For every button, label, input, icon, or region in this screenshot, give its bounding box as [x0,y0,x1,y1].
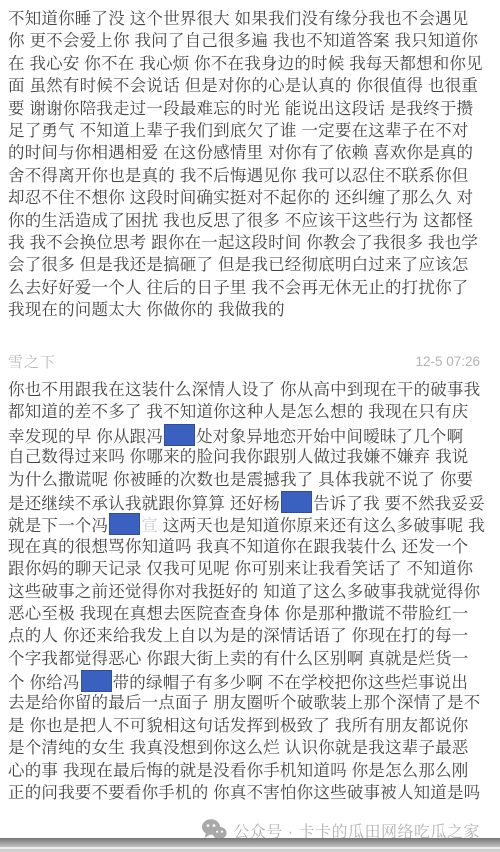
text-segment: 为什么撒谎呢 你被睡的次数也是震撼我了 具体我就不说了 你要 [8,471,473,489]
text-line: 是个清纯的女生 我真没想到你这么烂 认识你就是我这辈子最恶 [8,737,494,759]
text-line: 个 你给冯带的绿帽子有多少啊 不在学校把你这些烂事说出 [8,670,494,692]
edge-gradient [0,838,500,847]
text-line: 心的事 我现在最后悔的就是没看你手机知道吗 你是怎么那么刚 [8,760,494,782]
text-segment: 这些破事之前还觉得你对我挺好的 知道了这么多破事我就觉得你 [8,583,480,601]
text-line: 你 更不会爱上你 我问了自己很多遍 我也不知道答案 我只知道你 [8,30,494,52]
text-segment: 是个清纯的女生 我真没想到你这么烂 认识你就是我这辈子最恶 [8,739,468,757]
censor-redaction [109,513,140,535]
text-line: 去是给你留的最后一点面子 朋友圈听个破歌装上那个深情了是不 [8,692,494,714]
text-segment: 跟你妈的聊天记录 仅我可见呢 你可别来让我看笑话了 不知道你 [8,560,473,578]
text-segment: 处对象异地恋开始中间暧昧了几个啊 [196,428,463,446]
text-line: 要 谢谢你陪我走过一段最难忘的时光 能说出这段话 是我终于攒 [8,98,494,120]
censor-redaction [81,670,112,692]
text-line: 面 虽然有时候不会说话 但是对你的心是认真的 你很值得 也很重 [8,75,494,97]
censor-redaction [281,491,312,513]
text-segment: 告诉了我 要不然我妥妥 [313,495,485,513]
text-line: 为什么撒谎呢 你被睡的次数也是震撼我了 具体我就不说了 你要 [8,469,494,491]
text-segment: 都知道的差不多了 我不知道你这种人是怎么想的 我现在只有庆 [8,403,468,421]
text-line: 幸发现的早 你从跟冯处对象异地恋开始中间暧昧了几个啊 [8,424,494,446]
author-name[interactable]: 雪之下 [8,351,56,372]
post-timestamp: 12-5 07:26 [415,354,480,369]
text-segment: 自己数得过来吗 你哪来的脸问我你跟别人做过我嫌不嫌弃 我说 [8,448,468,466]
text-segment: 点的人 你还来给我发上自以为是的深情话语了 你现在打的每一 [8,627,468,645]
text-segment: 现在真的很想骂你知道吗 我真不知道你在跟我装什么 还发一个 [8,538,468,556]
text-segment: 去是给你留的最后一点面子 朋友圈听个破歌装上那个深情了是不 [8,694,480,712]
text-segment: 幸发现的早 你从跟冯 [8,428,163,446]
text-line: 是还继续不承认我就跟你算算 还好杨告诉了我 要不然我妥妥 [8,491,494,513]
text-line: 我 我不会换位思考 跟你在一起这段时间 你教会了我很多 我也学 [8,232,494,254]
text-line: 正的问我要不要看你手机的 你真不害怕你这些破事被人知道是吗 [8,782,494,804]
text-segment: 这两天也是知道你原来还有这么多破事呢 我 [158,517,485,535]
text-line: 我现在的问题太大 你做你的 我做我的 [8,299,494,321]
partially-covered-char: 宣 [141,517,158,535]
text-line: 个字我都觉得恶心 你跟大街上卖的有什么区别啊 真就是烂货一 [8,648,494,670]
letter-paragraph: 不知道你睡了没 这个世界很大 如果我们没有缘分我也不会遇见你 更不会爱上你 我问… [8,8,494,321]
text-segment: 就是下一个冯 [8,517,108,535]
text-line: 不知道你睡了没 这个世界很大 如果我们没有缘分我也不会遇见 [8,8,494,30]
text-line: 点的人 你还来给我发上自以为是的深情话语了 你现在打的每一 [8,625,494,647]
text-segment: 带的绿帽子有多少啊 不在学校把你这些烂事说出 [113,674,468,692]
text-line: 会了很多 但是我还是搞砸了 但是我已经彻底明白过来了应该怎 [8,254,494,276]
text-line: 就是下一个冯宣 这两天也是知道你原来还有这么多破事呢 我 [8,513,494,535]
text-segment: 是 你也是把人不可貌相这句话发挥到极致了 我所有朋友都说你 [8,717,468,735]
text-segment: 正的问我要不要看你手机的 你真不害怕你这些破事被人知道是吗 [8,784,480,802]
text-line: 跟你妈的聊天记录 仅我可见呢 你可别来让我看笑话了 不知道你 [8,558,494,580]
screenshot-bottom-edge [0,838,500,852]
text-segment: 心的事 我现在最后悔的就是没看你手机知道吗 你是怎么那么刚 [8,762,468,780]
text-line: 你也不用跟我在这装什么深情人设了 你从高中到现在干的破事我 [8,379,494,401]
text-line: 么去好好爱一个人 往后的日子里 我不会再无休无止的打扰你了 [8,277,494,299]
text-line: 足了勇气 不知道上辈子我们到底欠了谁 一定要在这辈子在不对 [8,120,494,142]
censor-redaction [164,424,195,446]
text-segment: 是还继续不承认我就跟你算算 还好杨 [8,495,280,513]
text-line: 的时间与你相遇相爱 在这份感情里 对你有了依赖 喜欢你是真的 [8,142,494,164]
text-line: 这些破事之前还觉得你对我挺好的 知道了这么多破事我就觉得你 [8,581,494,603]
text-line: 却忍不住不想你 这段时间确实挺对不起你的 还纠缠了那么久 对 [8,187,494,209]
text-line: 舍不得离开你也是真的 我不后悔遇见你 我可以忍住不联系你但 [8,165,494,187]
text-line: 都知道的差不多了 我不知道你这种人是怎么想的 我现在只有庆 [8,401,494,423]
post-screenshot-page: { "letter": { "lines": [ "不知道你睡了没 这个世界很大… [0,0,500,852]
text-line: 现在真的很想骂你知道吗 我真不知道你在跟我装什么 还发一个 [8,536,494,558]
text-line: 你的生活造成了困扰 我也反思了很多 不应该干这些行为 这都怪 [8,210,494,232]
text-line: 在 我心安 你不在 我心烦 你不在我身边的时候 我每天都想和你见 [8,53,494,75]
text-line: 自己数得过来吗 你哪来的脸问我你跟别人做过我嫌不嫌弃 我说 [8,446,494,468]
text-segment: 个字我都觉得恶心 你跟大街上卖的有什么区别啊 真就是烂货一 [8,650,468,668]
text-segment: 个 你给冯 [8,674,80,692]
text-line: 恶心至极 我现在真想去医院查查身体 你是那种撒谎不带脸红一 [8,603,494,625]
text-line: 是 你也是把人不可貌相这句话发挥到极致了 我所有朋友都说你 [8,715,494,737]
post-header: 雪之下 12-5 07:26 [8,350,480,372]
text-segment: 恶心至极 我现在真想去医院查查身体 你是那种撒谎不带脸红一 [8,605,468,623]
reply-paragraph: 你也不用跟我在这装什么深情人设了 你从高中到现在干的破事我都知道的差不多了 我不… [8,379,494,804]
text-segment: 你也不用跟我在这装什么深情人设了 你从高中到现在干的破事我 [8,381,480,399]
